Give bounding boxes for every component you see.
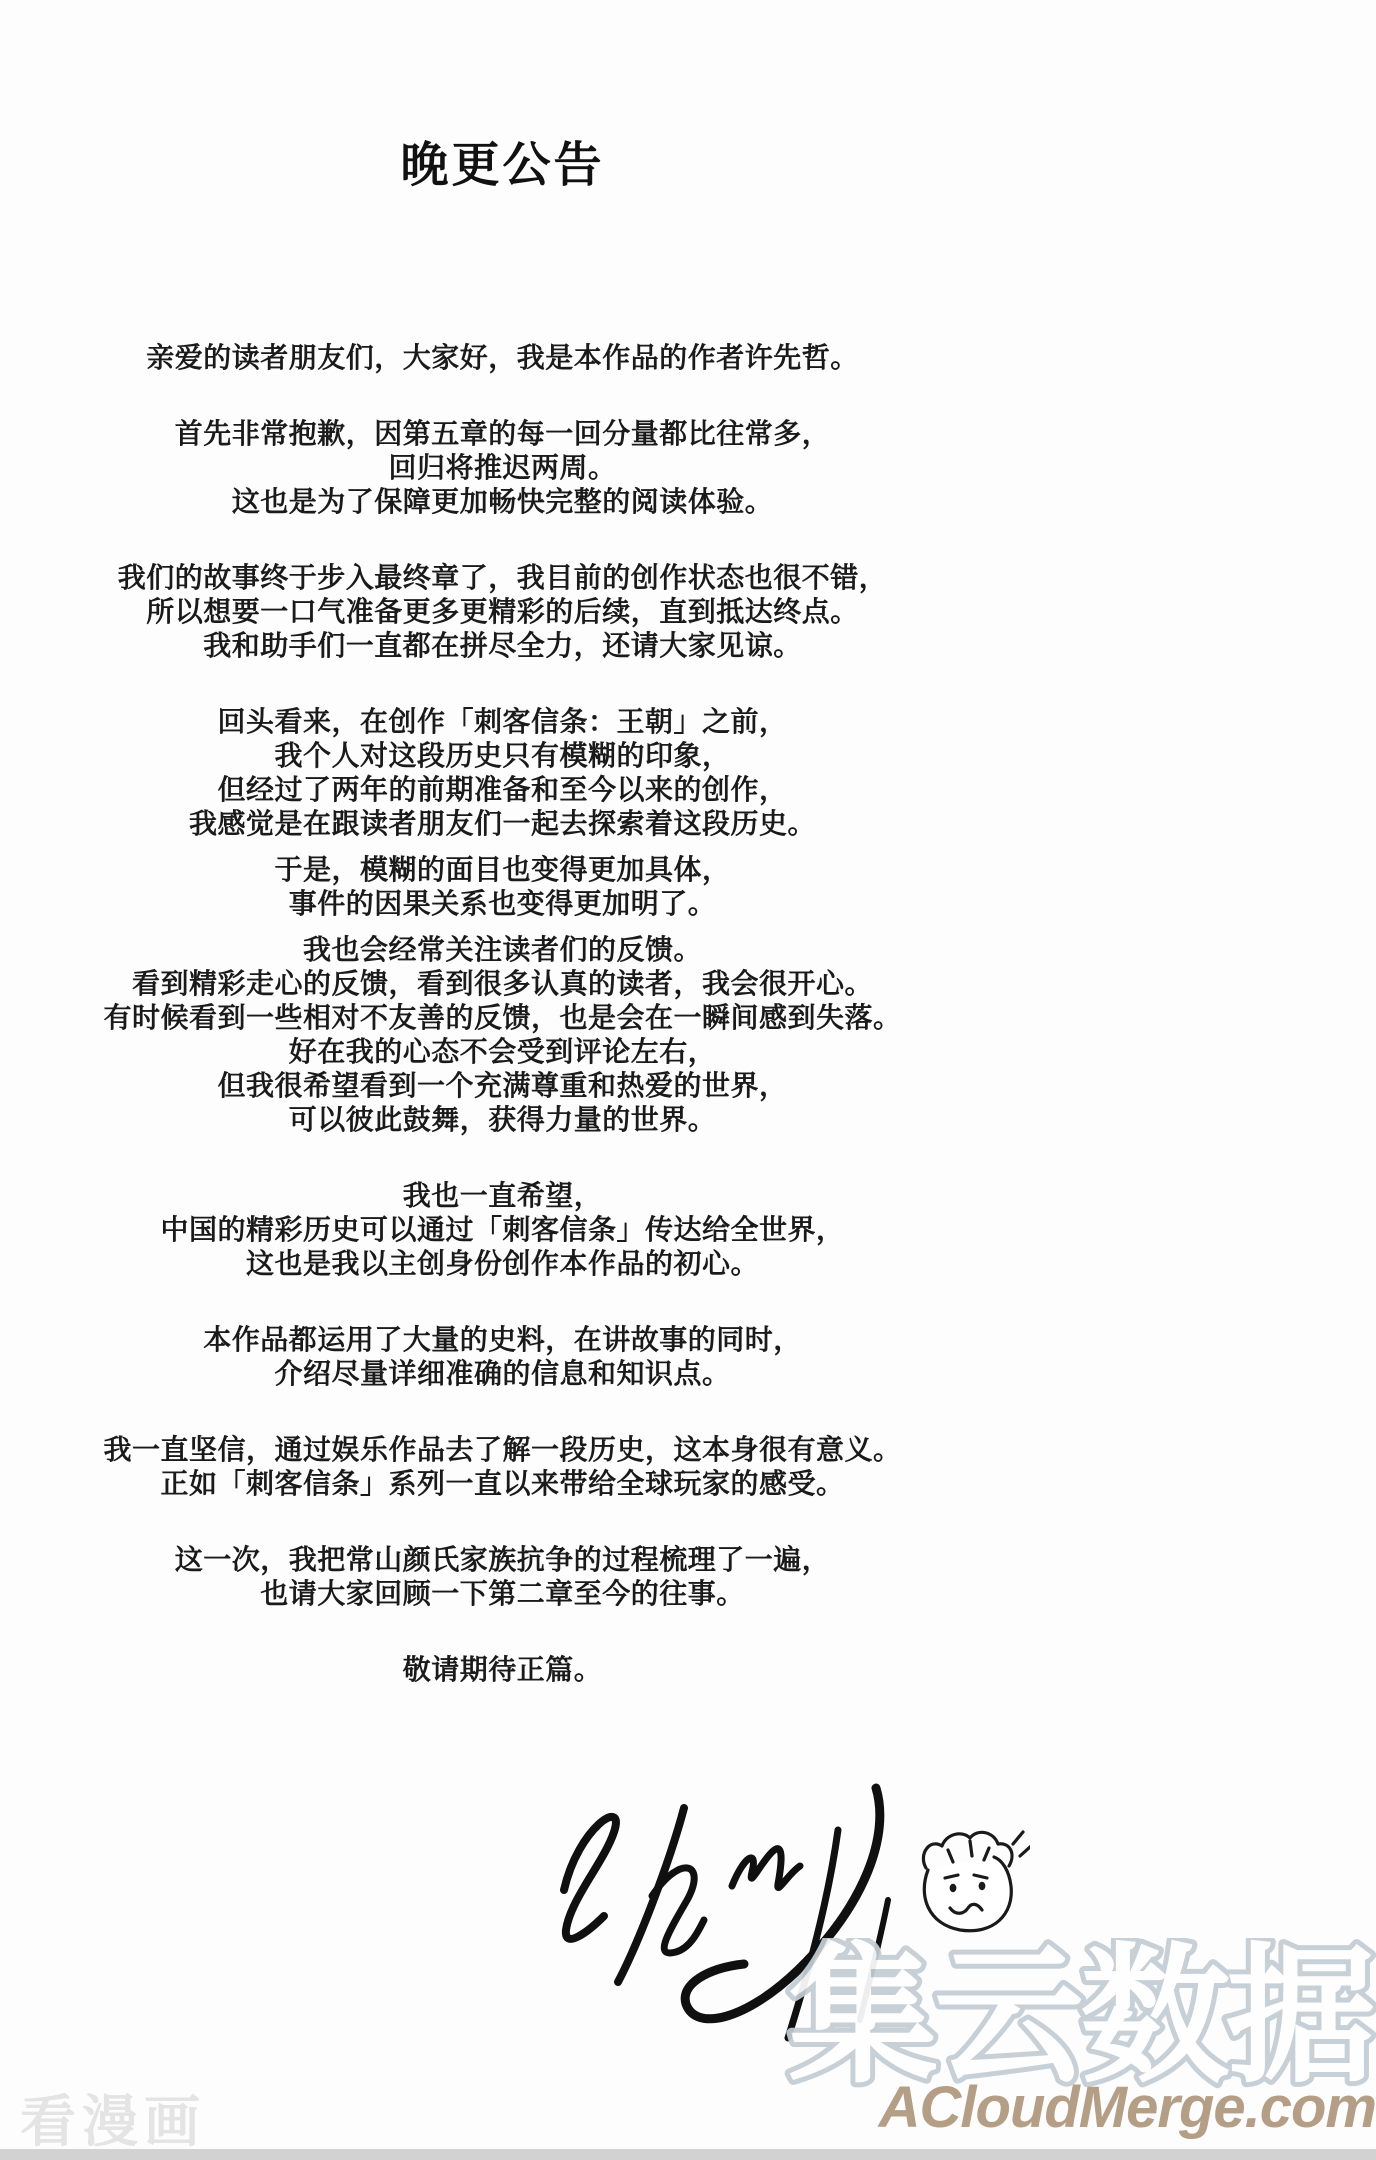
text-line: 亲爱的读者朋友们，大家好，我是本作品的作者许先哲。 [0, 341, 1005, 375]
paragraph: 我也会经常关注读者们的反馈。看到精彩走心的反馈，看到很多认真的读者，我会很开心。… [0, 933, 1005, 1137]
text-line: 我感觉是在跟读者朋友们一起去探索着这段历史。 [0, 807, 1005, 841]
text-line: 好在我的心态不会受到评论左右， [0, 1035, 1005, 1069]
text-line: 我个人对这段历史只有模糊的印象， [0, 739, 1005, 773]
paragraph: 敬请期待正篇。 [0, 1653, 1005, 1687]
announcement-page: 晚更公告 亲爱的读者朋友们，大家好，我是本作品的作者许先哲。首先非常抱歉，因第五… [0, 0, 1376, 2160]
text-line: 这也是为了保障更加畅快完整的阅读体验。 [0, 485, 1005, 519]
left-eye [950, 1884, 957, 1892]
text-line: 这也是我以主创身份创作本作品的初心。 [0, 1247, 1005, 1281]
watermark-reader-logo: 看漫画 [20, 2078, 206, 2158]
text-line: 回头看来，在创作「刺客信条：王朝」之前， [0, 705, 1005, 739]
text-line: 敬请期待正篇。 [0, 1653, 1005, 1687]
paragraph: 这一次，我把常山颜氏家族抗争的过程梳理了一遍，也请大家回顾一下第二章至今的往事。 [0, 1543, 1005, 1611]
text-line: 有时候看到一些相对不友善的反馈，也是会在一瞬间感到失落。 [0, 1001, 1005, 1035]
paragraph: 本作品都运用了大量的史料，在讲故事的同时，介绍尽量详细准确的信息和知识点。 [0, 1323, 1005, 1391]
face-outline [924, 1857, 1011, 1931]
text-line: 我一直坚信，通过娱乐作品去了解一段历史，这本身很有意义。 [0, 1433, 1005, 1467]
author-face-doodle [912, 1828, 1030, 1946]
announcement-content: 晚更公告 亲爱的读者朋友们，大家好，我是本作品的作者许先哲。首先非常抱歉，因第五… [0, 0, 1005, 1729]
sweat-mark [1020, 1846, 1030, 1856]
paragraph: 亲爱的读者朋友们，大家好，我是本作品的作者许先哲。 [0, 341, 1005, 375]
paragraph: 我也一直希望，中国的精彩历史可以通过「刺客信条」传达给全世界，这也是我以主创身份… [0, 1179, 1005, 1281]
paragraph: 于是，模糊的面目也变得更加具体，事件的因果关系也变得更加明了。 [0, 853, 1005, 921]
text-line: 正如「刺客信条」系列一直以来带给全球玩家的感受。 [0, 1467, 1005, 1501]
announcement-paragraphs: 亲爱的读者朋友们，大家好，我是本作品的作者许先哲。首先非常抱歉，因第五章的每一回… [0, 341, 1005, 1687]
paragraph: 我们的故事终于步入最终章了，我目前的创作状态也很不错，所以想要一口气准备更多更精… [0, 561, 1005, 663]
text-line: 本作品都运用了大量的史料，在讲故事的同时， [0, 1323, 1005, 1357]
paragraph: 我一直坚信，通过娱乐作品去了解一段历史，这本身很有意义。正如「刺客信条」系列一直… [0, 1433, 1005, 1501]
text-line: 介绍尽量详细准确的信息和知识点。 [0, 1357, 1005, 1391]
text-line: 也请大家回顾一下第二章至今的往事。 [0, 1577, 1005, 1611]
text-line: 事件的因果关系也变得更加明了。 [0, 887, 1005, 921]
sweat-mark [1013, 1832, 1023, 1844]
page-bottom-divider [0, 2149, 1376, 2160]
text-line: 这一次，我把常山颜氏家族抗争的过程梳理了一遍， [0, 1543, 1005, 1577]
text-line: 回归将推迟两周。 [0, 451, 1005, 485]
text-line: 首先非常抱歉，因第五章的每一回分量都比往常多， [0, 417, 1005, 451]
text-line: 可以彼此鼓舞，获得力量的世界。 [0, 1103, 1005, 1137]
page-title: 晚更公告 [0, 0, 1005, 193]
text-line: 但经过了两年的前期准备和至今以来的创作， [0, 773, 1005, 807]
text-line: 中国的精彩历史可以通过「刺客信条」传达给全世界， [0, 1213, 1005, 1247]
paragraph: 首先非常抱歉，因第五章的每一回分量都比往常多，回归将推迟两周。这也是为了保障更加… [0, 417, 1005, 519]
text-line: 所以想要一口气准备更多更精彩的后续，直到抵达终点。 [0, 595, 1005, 629]
paragraph: 回头看来，在创作「刺客信条：王朝」之前，我个人对这段历史只有模糊的印象，但经过了… [0, 705, 1005, 841]
text-line: 于是，模糊的面目也变得更加具体， [0, 853, 1005, 887]
text-line: 但我很希望看到一个充满尊重和热爱的世界， [0, 1069, 1005, 1103]
text-line: 我也会经常关注读者们的反馈。 [0, 933, 1005, 967]
text-line: 我和助手们一直都在拼尽全力，还请大家见谅。 [0, 629, 1005, 663]
text-line: 看到精彩走心的反馈，看到很多认真的读者，我会很开心。 [0, 967, 1005, 1001]
right-eye [979, 1882, 986, 1890]
text-line: 我们的故事终于步入最终章了，我目前的创作状态也很不错， [0, 561, 1005, 595]
text-line: 我也一直希望， [0, 1179, 1005, 1213]
watermark-site-url: ACloudMerge.com [879, 2074, 1376, 2141]
